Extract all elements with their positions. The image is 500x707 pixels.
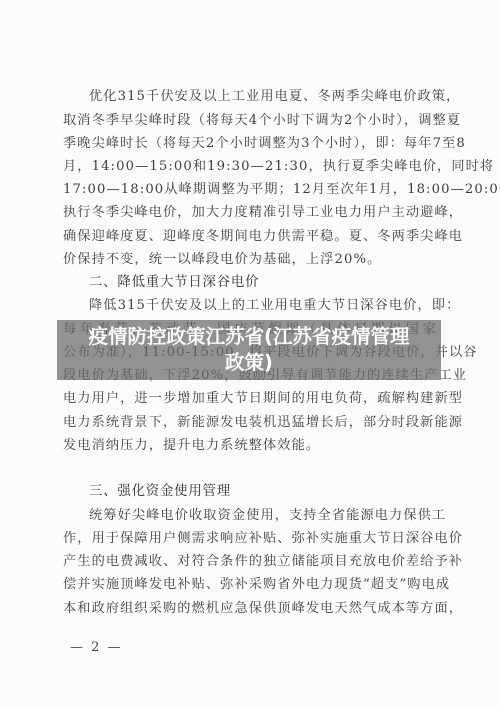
paragraph-line: 作，用于保障用户侧需求响应补贴、弥补实施重大节日深谷电价 [63,531,437,547]
paragraph-line: 优化315千伏安及以上工业用电夏、冬两季尖峰电价政策， [89,89,437,105]
overlay-title: 疫情防控政策江苏省(江苏省疫情管理 政策) [57,320,441,376]
paragraph-line: 价保持不变，统一以峰段电价为基础，上浮20%。 [63,252,437,268]
paragraph-line: 月，14:00—15:00和19:30—21:30，执行夏季尖峰电价，同时将 [63,159,437,175]
paragraph-line: 17:00—18:00从峰期调整为平期；12月至次年1月，18:00—20:00… [63,182,437,198]
paragraph-line: 发电消纳压力，提升电力系统整体效能。 [63,438,437,454]
paragraph-line: 本和政府组织采购的燃机应急保供顶峰发电天然气成本等方面， [63,601,437,617]
paragraph-line: 产生的电费减收、对符合条件的独立储能项目充放电价差给予补 [63,554,437,570]
section-heading: 三、强化资金使用管理 [89,484,231,500]
paragraph-line: 执行冬季尖峰电价，加大力度精准引导工业电力用户主动避峰， [63,205,437,221]
paragraph-line: 降低315千伏安及以上的工业用电重大节日深谷电价，即： [89,298,437,314]
paragraph-line: 确保迎峰度夏、迎峰度冬期间电力供需平稳。夏、冬两季尖峰电 [63,229,437,245]
overlay-title-line2: 政策) [57,350,441,376]
paragraph-line: 统筹好尖峰电价收取资金使用，支持全省能源电力保供工 [89,508,437,524]
paragraph-line: 季晚尖峰时长（将每天2个小时调整为3个小时），即：每年7至8 [63,136,437,152]
paragraph-line: 偿并实施顶峰发电补贴、弥补采购省外电力现货“超支”购电成 [63,577,437,593]
paragraph-line: 取消冬季早尖峰时段（将每天4个小时下调为2个小时），调整夏 [63,113,437,129]
page-number: — 2 — [70,640,123,655]
paragraph-line: 电力系统背景下，新能源发电装机迅猛增长后，部分时段新能源 [63,415,437,431]
overlay-title-line1: 疫情防控政策江苏省(江苏省疫情管理 [57,324,441,350]
paragraph-line: 电力用户，进一步增加重大节日期间的用电负荷，疏解构建新型 [63,391,437,407]
section-heading: 二、降低重大节日深谷电价 [89,275,259,291]
